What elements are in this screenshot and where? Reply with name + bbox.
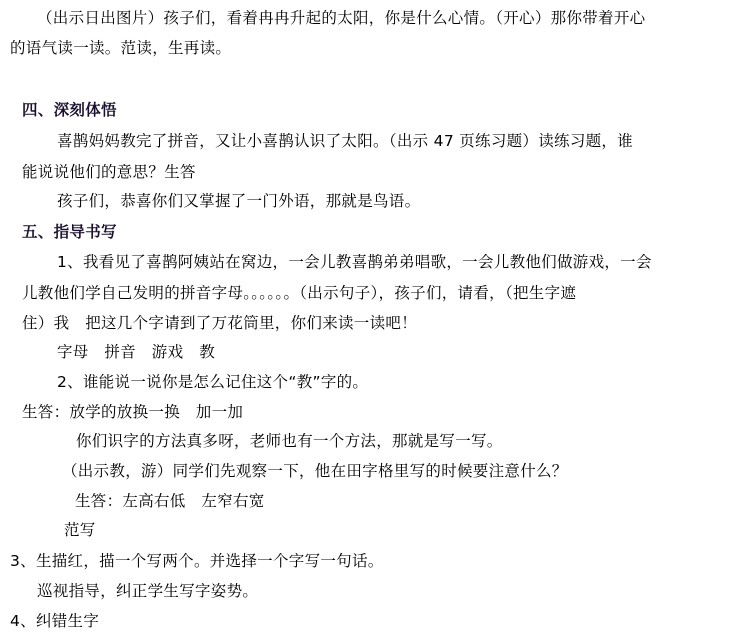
paragraph-line: 的语气读一读。范读，生再读。 [10, 38, 231, 58]
paragraph-line: （出示日出图片）孩子们，看着冉冉升起的太阳，你是什么心情。（开心）那你带着开心 [37, 8, 645, 28]
section-heading-5: 五、指导书写 [22, 222, 117, 242]
paragraph-line: 范写 [64, 520, 96, 540]
paragraph-line: 生答：左高右低 左窄右宽 [75, 491, 265, 511]
paragraph-line: 4、纠错生字 [10, 611, 99, 631]
paragraph-line: 2、谁能说一说你是怎么记住这个“教”字的。 [57, 372, 368, 392]
paragraph-line: 能说说他们的意思？生答 [22, 162, 196, 182]
paragraph-line: 字母 拼音 游戏 教 [57, 342, 215, 362]
paragraph-line: 3、生描红，描一个写两个。并选择一个字写一句话。 [10, 551, 384, 571]
paragraph-line: 你们识字的方法真多呀，老师也有一个方法，那就是写一写。 [76, 431, 503, 451]
section-heading-4: 四、深刻体悟 [22, 100, 117, 120]
paragraph-line: （出示教，游）同学们先观察一下，他在田字格里写的时候要注意什么？ [62, 461, 568, 481]
paragraph-line: 生答：放学的放换一换 加一加 [22, 402, 243, 422]
paragraph-line: 儿教他们学自己发明的拼音字母。。。。。。（出示句子），孩子们，请看，（把生字遮 [22, 283, 576, 303]
paragraph-line: 住）我 把这几个字请到了万花筒里，你们来读一读吧！ [22, 313, 417, 333]
paragraph-line: 巡视指导，纠正学生写字姿势。 [37, 581, 258, 601]
paragraph-line: 1、我看见了喜鹊阿姨站在窝边，一会儿教喜鹊弟弟唱歌，一会儿教他们做游戏，一会 [57, 252, 652, 272]
paragraph-line: 喜鹊妈妈教完了拼音，又让小喜鹊认识了太阳。（出示 47 页练习题）读练习题，谁 [57, 131, 633, 151]
paragraph-line: 孩子们，恭喜你们又掌握了一门外语，那就是鸟语。 [57, 191, 420, 211]
